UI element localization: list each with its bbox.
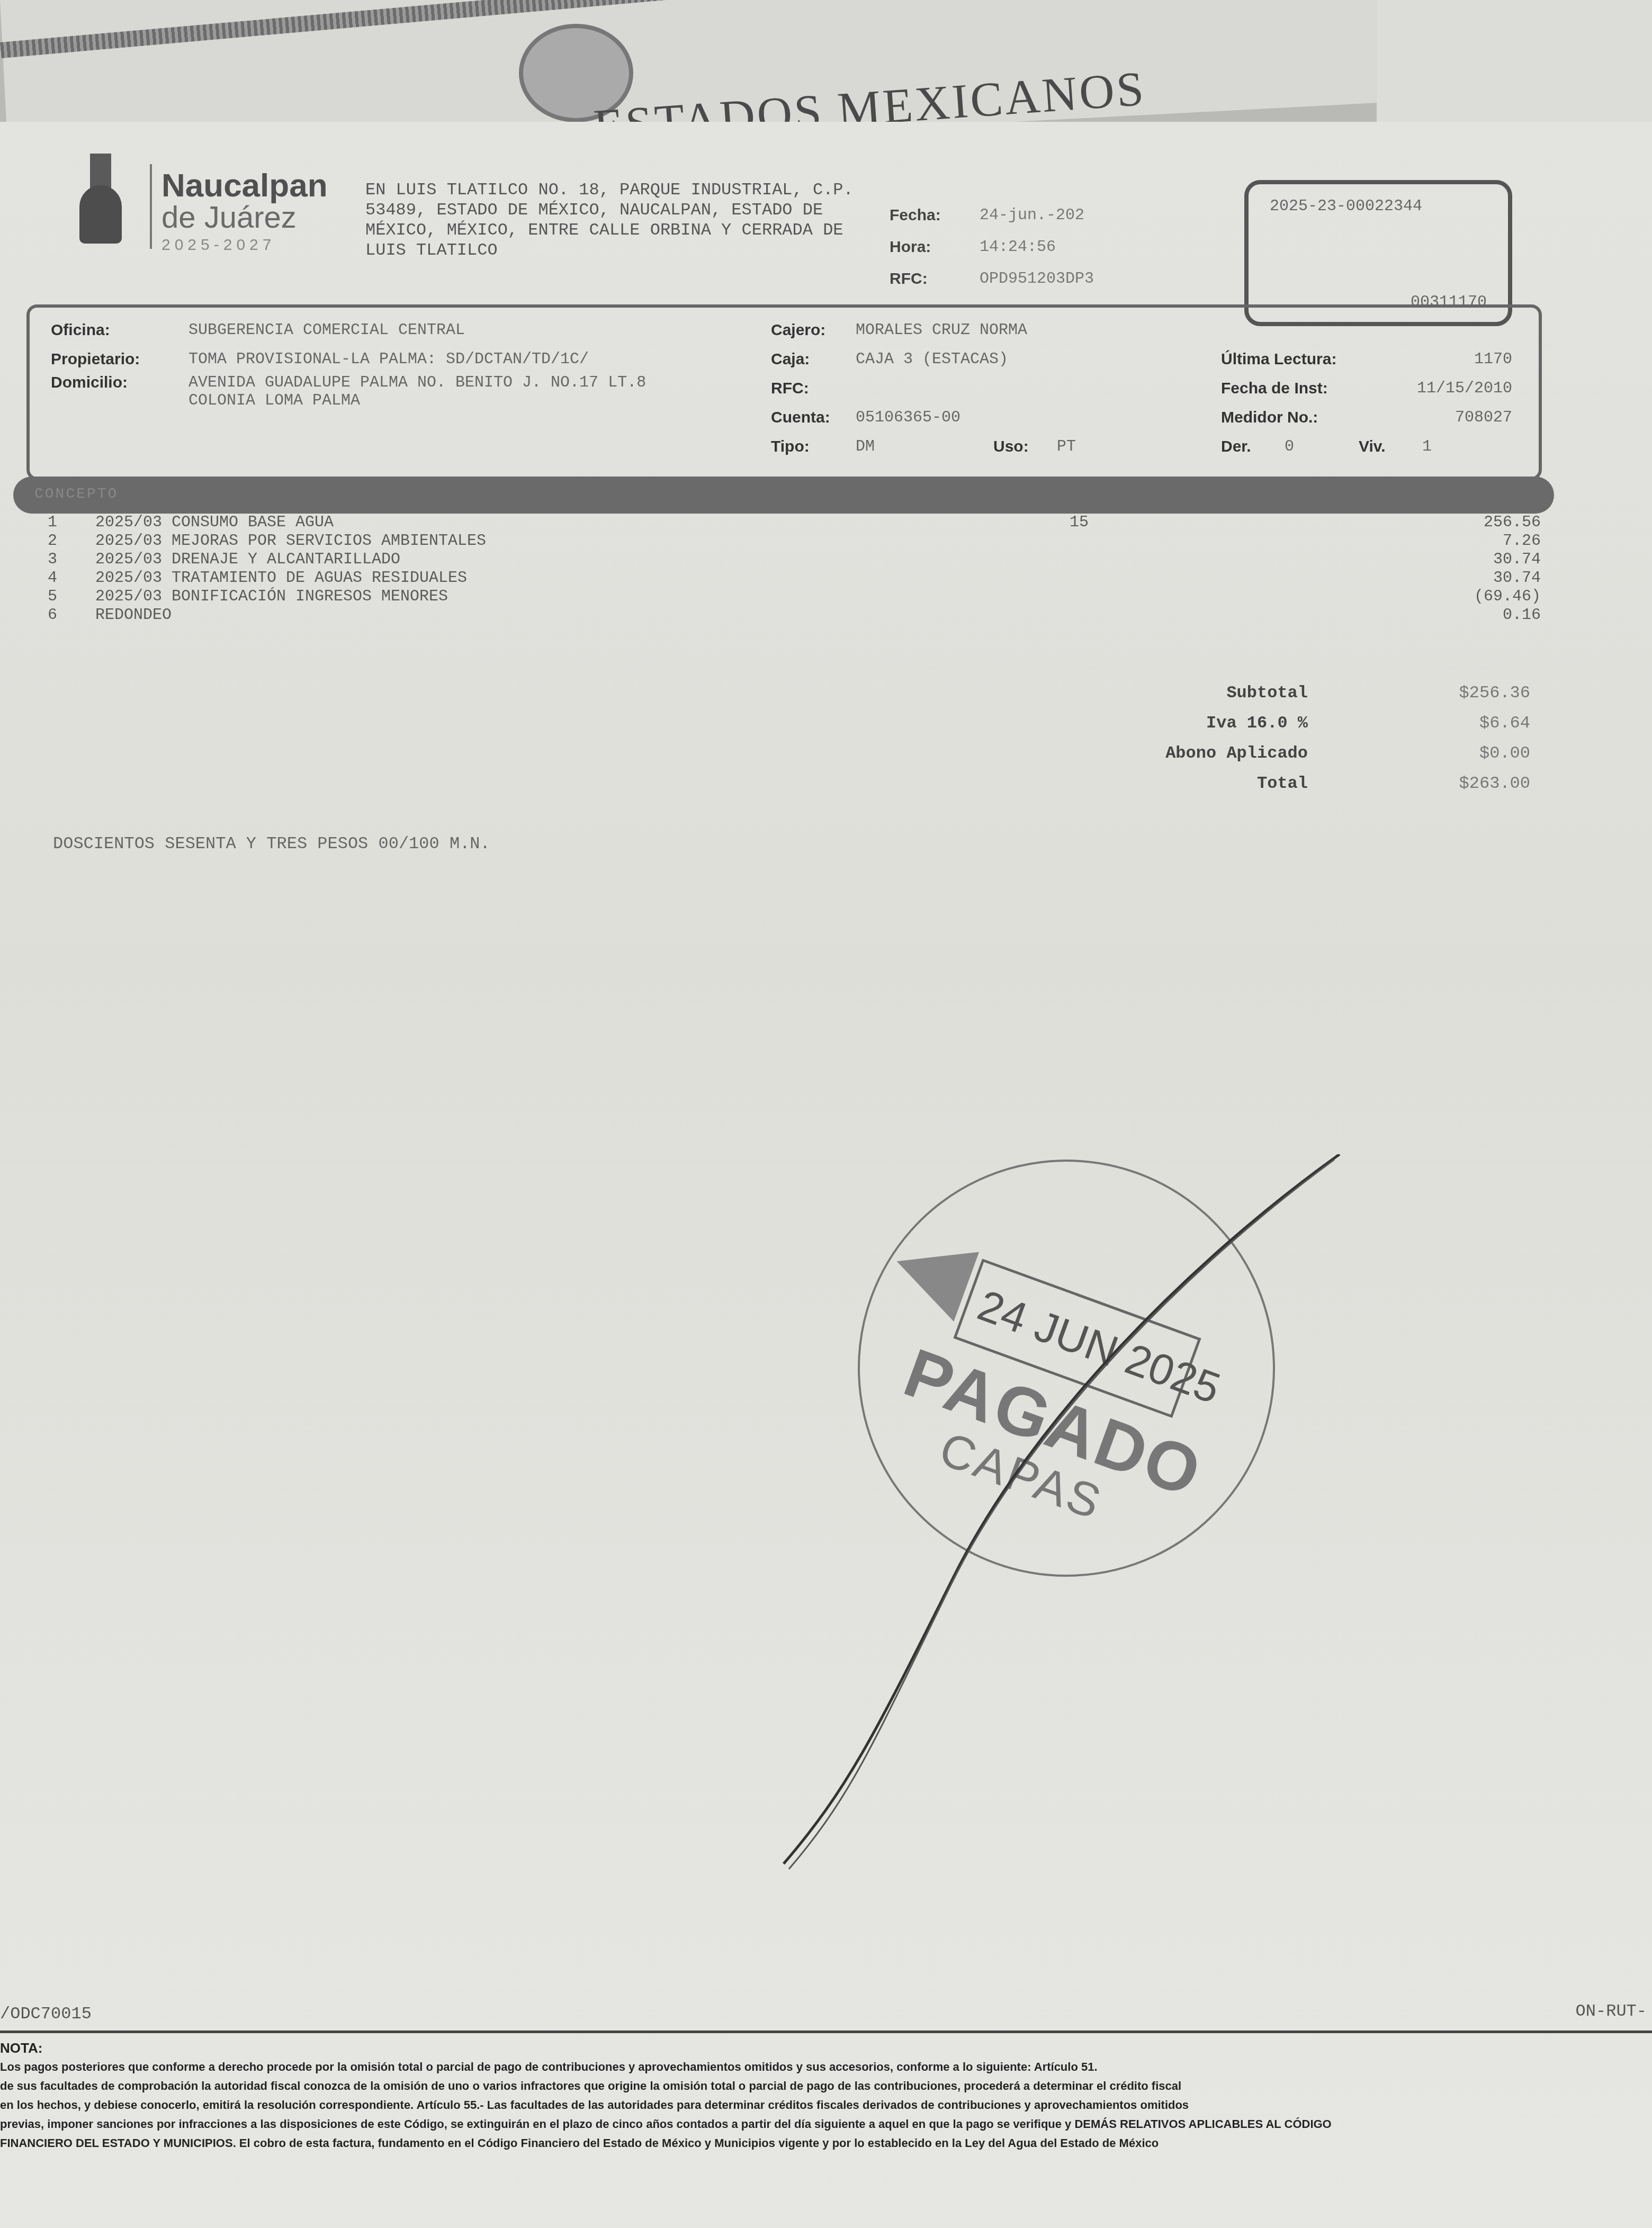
- line-item-n: 3: [48, 551, 57, 569]
- fecha-inst-label: Fecha de Inst:: [1221, 380, 1385, 398]
- viv-label: Viv.: [1359, 438, 1422, 456]
- oficina-value: SUBGERENCIA COMERCIAL CENTRAL: [188, 321, 465, 339]
- abono-label: Abono Aplicado: [990, 743, 1308, 774]
- brand-line-2: de Juárez: [161, 202, 328, 233]
- line-item-n: 5: [48, 588, 57, 606]
- cajero-label: Cajero:: [771, 321, 856, 339]
- municipality-brand: Naucalpan de Juárez 2025-2027: [161, 169, 328, 254]
- legal-line: en los hechos, y debiese conocerlo, emit…: [0, 2096, 1652, 2115]
- legal-line: Los pagos posteriores que conforme a der…: [0, 2058, 1652, 2077]
- line-item: 52025/03 BONIFICACIÓN INGRESOS MENORES(6…: [48, 588, 1541, 606]
- der-value: 0: [1285, 438, 1359, 456]
- ultima-lectura-label: Última Lectura:: [1221, 351, 1385, 369]
- line-item-desc: 2025/03 BONIFICACIÓN INGRESOS MENORES: [95, 588, 448, 606]
- viv-value: 1: [1422, 438, 1432, 456]
- receipt: Naucalpan de Juárez 2025-2027 EN LUIS TL…: [0, 122, 1652, 2228]
- hora-value: 14:24:56: [980, 238, 1056, 270]
- background-document-corner: [1377, 0, 1652, 138]
- line-item-desc: 2025/03 TRATAMIENTO DE AGUAS RESIDUALES: [95, 569, 467, 587]
- brand-line-1: Naucalpan: [161, 169, 328, 202]
- line-item: 12025/03 CONSUMO BASE AGUA15256.56: [48, 514, 1541, 532]
- naucalpan-logo-icon: [74, 154, 127, 244]
- hora-label: Hora:: [890, 238, 980, 270]
- line-item-n: 1: [48, 514, 57, 532]
- tipo-label: Tipo:: [771, 438, 856, 456]
- propietario-label: Propietario:: [51, 351, 188, 369]
- total-label: Total: [990, 774, 1308, 804]
- receipt-header: Naucalpan de Juárez 2025-2027 EN LUIS TL…: [0, 122, 1652, 302]
- legal-line: previas, imponer sanciones por infraccio…: [0, 2115, 1652, 2134]
- line-item-amount: 30.74: [1493, 551, 1541, 569]
- totals: Subtotal$256.36 Iva 16.0 %$6.64 Abono Ap…: [990, 683, 1530, 804]
- issuer-address: EN LUIS TLATILCO No. 18, PARQUE INDUSTRI…: [365, 180, 874, 260]
- legal-notice: NOTA: Los pagos posteriores que conforme…: [0, 2038, 1652, 2153]
- divider: [150, 164, 152, 249]
- document-code-right: ON-RUT-: [1576, 2001, 1647, 2021]
- line-item-amount: 256.56: [1484, 514, 1541, 532]
- line-item: 22025/03 MEJORAS POR SERVICIOS AMBIENTAL…: [48, 532, 1541, 551]
- total-value: $263.00: [1308, 774, 1530, 804]
- brand-period: 2025-2027: [161, 236, 328, 254]
- uso-label: Uso:: [993, 438, 1057, 456]
- receipt-meta: Fecha:24-jun.-202 Hora:14:24:56 RFC:OPD9…: [890, 206, 1094, 302]
- rfc-value: OPD951203DP3: [980, 270, 1094, 302]
- iva-value: $6.64: [1308, 713, 1530, 743]
- domicilio-label: Domicilio:: [51, 374, 188, 392]
- iva-label: Iva 16.0 %: [990, 713, 1308, 743]
- legal-line: FINANCIERO DEL ESTADO Y MUNICIPIOS. El c…: [0, 2134, 1652, 2153]
- line-item-n: 4: [48, 569, 57, 587]
- line-item-desc: REDONDEO: [95, 606, 172, 624]
- legal-divider: [0, 2031, 1652, 2033]
- line-item-amount: (69.46): [1474, 588, 1541, 606]
- line-item: 32025/03 DRENAJE Y ALCANTARILLADO30.74: [48, 551, 1541, 569]
- subtotal-label: Subtotal: [990, 683, 1308, 713]
- line-item-desc: 2025/03 MEJORAS POR SERVICIOS AMBIENTALE…: [95, 532, 486, 550]
- ultima-lectura-value: 1170: [1385, 351, 1512, 369]
- caja-label: Caja:: [771, 351, 856, 369]
- caja-value: CAJA 3 (ESTACAS): [856, 351, 1008, 369]
- line-item: 6REDONDEO0.16: [48, 606, 1541, 625]
- items-header: CONCEPTO: [34, 486, 118, 502]
- oficina-label: Oficina:: [51, 321, 188, 339]
- line-item-qty: 15: [1070, 514, 1089, 532]
- cuenta-label: Cuenta:: [771, 409, 856, 427]
- line-item-amount: 7.26: [1503, 532, 1541, 550]
- medidor-value: 708027: [1385, 409, 1512, 427]
- tipo-value: DM: [856, 438, 993, 456]
- domicilio-value: AVENIDA GUADALUPE PALMA No. BENITO J. No…: [188, 374, 718, 410]
- legal-title: NOTA:: [0, 2038, 1652, 2058]
- line-item-amount: 0.16: [1503, 606, 1541, 624]
- line-item-n: 2: [48, 532, 57, 550]
- medidor-label: Medidor No.:: [1221, 409, 1385, 427]
- fecha-value: 24-jun.-202: [980, 206, 1084, 238]
- folio-number: 2025-23-00022344: [1270, 197, 1422, 215]
- cajero-value: MORALES CRUZ NORMA: [856, 321, 1027, 339]
- line-item-desc: 2025/03 CONSUMO BASE AGUA: [95, 514, 334, 532]
- info-rfc-label: RFC:: [771, 380, 856, 398]
- line-item-n: 6: [48, 606, 57, 624]
- rfc-label: RFC:: [890, 270, 980, 302]
- der-label: Der.: [1221, 438, 1285, 456]
- subtotal-value: $256.36: [1308, 683, 1530, 713]
- account-info-box: Oficina:SUBGERENCIA COMERCIAL CENTRAL Pr…: [26, 304, 1542, 480]
- document-code-left: /ODC70015: [0, 2004, 92, 2024]
- items-header-band: CONCEPTO: [13, 477, 1554, 514]
- line-item-amount: 30.74: [1493, 569, 1541, 587]
- abono-value: $0.00: [1308, 743, 1530, 774]
- cuenta-value: 05106365-00: [856, 409, 960, 427]
- propietario-value: TOMA PROVISIONAL-LA PALMA: SD/DCTAN/TD/1…: [188, 351, 589, 369]
- fecha-inst-value: 11/15/2010: [1385, 380, 1512, 398]
- uso-value: PT: [1057, 438, 1076, 456]
- line-item-desc: 2025/03 DRENAJE Y ALCANTARILLADO: [95, 551, 400, 569]
- fecha-label: Fecha:: [890, 206, 980, 238]
- legal-line: de sus facultades de comprobación la aut…: [0, 2077, 1652, 2096]
- signature-stroke: [768, 1154, 1403, 1895]
- line-item: 42025/03 TRATAMIENTO DE AGUAS RESIDUALES…: [48, 569, 1541, 588]
- amount-in-words: DOSCIENTOS SESENTA Y TRES PESOS 00/100 M…: [53, 834, 490, 854]
- line-items: 12025/03 CONSUMO BASE AGUA15256.5622025/…: [48, 514, 1541, 625]
